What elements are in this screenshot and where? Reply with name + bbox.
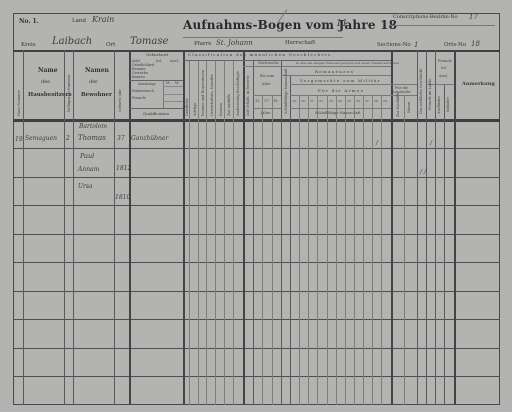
armee-age: 19. [292,100,297,103]
col-line [454,50,456,405]
col-line [391,50,393,405]
jahre-label: Jahre [261,112,271,116]
age-cell: 1812 [116,166,131,172]
col-line-light [272,95,273,405]
col-line-light [336,95,337,405]
resident-cell: Annam [78,167,99,173]
lower-head: M. [166,82,171,86]
lower-row: Fremde [132,97,146,101]
qualification-cell: Ganzhübner [131,136,168,142]
armee-age: 28. [374,100,379,103]
sub-line [243,66,391,67]
resident-cell: Paul [80,153,94,160]
col-line-light [198,60,199,405]
armee-age: 26. [356,100,361,103]
resident-cell: Bartolom [79,124,107,130]
fremde-inl: Inl. [441,67,447,71]
fremde-title: Fremde [438,60,452,64]
class-col: Auf Urlaub, in Reserve [246,75,250,116]
col-line [243,50,245,405]
landwehr-sub: Zur Nachhilfe [396,92,400,117]
fremde-sub: Ausländer [437,96,441,114]
class-col: Bauern [219,103,223,116]
census-form-sheet: No. 1. Land Krain Aufnahms-Bogen vom Jah… [0,0,512,412]
geburtsort-title: Geburtsort [146,53,168,57]
armee-age: 24. [338,100,343,103]
sub-line [253,108,281,109]
col-line-light [404,95,405,405]
age-col: 18. [273,100,279,104]
resident-cell: Ursa [78,184,93,190]
col-line [444,84,445,405]
tally-mark: / [430,141,432,147]
col-line-light [299,95,300,405]
geburtsort-sub: Ausl. [170,60,179,64]
alter: Alter [262,83,271,87]
age-cell: 37 [117,136,125,142]
col-line-light [224,60,225,405]
sub-line [163,86,183,87]
vorgemerkte-header: Vorgemerkte zum Militär [300,79,381,83]
party-no-header: Wohnpartei-Nummer [67,75,71,112]
sub-line [391,84,417,85]
party-no-cell: 2 [66,136,70,142]
armee-age: 23. [329,100,334,103]
armee-age: 29. [383,100,388,103]
tally-mark: / [376,141,378,147]
class-col: Zur Aushilfe [227,94,231,116]
age-col: 17. [264,100,270,104]
class-col: Beamte und Honoratioren [201,70,205,116]
classification-title: Classification des männlichen Geschlecht… [188,53,331,57]
female-header: Das weibliche Geschlecht [419,68,423,114]
age-header: Geburts-Jahr [118,89,122,112]
col-line [64,50,65,405]
foreign-header: Fremde im Lande [428,79,432,110]
col-line [417,50,418,405]
schluss-footer: Schlußfähige Mannschaft [315,112,360,116]
col-line-light [381,95,382,405]
col-line [129,50,131,405]
col-line-light [189,60,190,405]
tally-mark: / / [420,170,426,176]
anmerkung-header: Anmerkung [462,82,495,87]
qualification-header: Qualification [143,112,169,116]
owner-header-2: des [41,80,50,85]
armee-age: 25. [347,100,352,103]
col-line [426,50,427,405]
age-cell: 1810 [115,195,130,201]
col-line-light [206,60,207,405]
class-col: Gewerbsleute, Künstler [210,74,214,116]
geburtsort-sub: Inl. [156,60,162,64]
resident-cell: Thomas [78,135,106,142]
armee-age: 27. [365,100,370,103]
armee-age: 20. [301,100,306,103]
house-no-header: Haus-Nummer [17,90,21,116]
col-line-light [262,95,263,405]
sub-line [281,75,391,76]
house-no-cell: 19 [15,137,23,143]
col-line-light [317,95,318,405]
col-line-light [308,95,309,405]
residents-header-2: der [89,80,98,85]
col-line-light [327,95,328,405]
col-line [253,60,254,405]
lower-row: Einheimisch [132,90,154,94]
class-col: Schlußfähige Mannschaft [284,69,288,114]
lower-head: W. [175,82,179,86]
col-line-light [372,95,373,405]
col-line [23,50,24,405]
owner-cell: Semaguen [25,136,57,142]
col-line [290,75,291,405]
col-line [73,50,74,405]
armee-age: 22. [319,100,324,103]
col-line [281,60,282,405]
residents-header-1: Namen [85,68,109,74]
sub-line [163,94,183,95]
geburtsort-row: Bauern [132,76,145,80]
landwehr-sub: Waren [407,102,411,113]
residents-header-3: Bewohner [81,93,112,99]
sub-line [163,101,183,102]
sub-line [290,84,391,85]
owner-header-3: Hausbesitzers [28,93,72,99]
sub-line [129,108,183,109]
remanenz-header: Remanenzen [315,70,354,74]
class-col: Geistliche [185,98,189,116]
fremde-sub: Inländer [446,97,450,112]
sub-line [290,108,391,109]
bis-zum: Bis zum [260,75,274,79]
fremde-ausl: Ausl. [439,75,448,79]
col-line [114,50,115,405]
lower-row: Ansässige [138,83,156,87]
col-line-light [233,60,234,405]
col-line-light [215,60,216,405]
nachwuchs-header: Nachwuchs [258,62,279,66]
armee-age: 21. [310,100,315,103]
age-col: 15. [255,100,261,104]
reserve-note: In dem bei einigen Nationen gefolgen und… [296,62,399,65]
class-col: Anderweitig Beschäftigte [236,71,240,116]
sub-line [253,95,281,96]
owner-header-1: Name [38,68,58,74]
col-line-light [363,95,364,405]
class-col: Adelige [193,103,197,116]
armee-header: Für die Armee [318,89,364,93]
col-line-light [345,95,346,405]
col-line-light [354,95,355,405]
col-line [435,50,436,405]
